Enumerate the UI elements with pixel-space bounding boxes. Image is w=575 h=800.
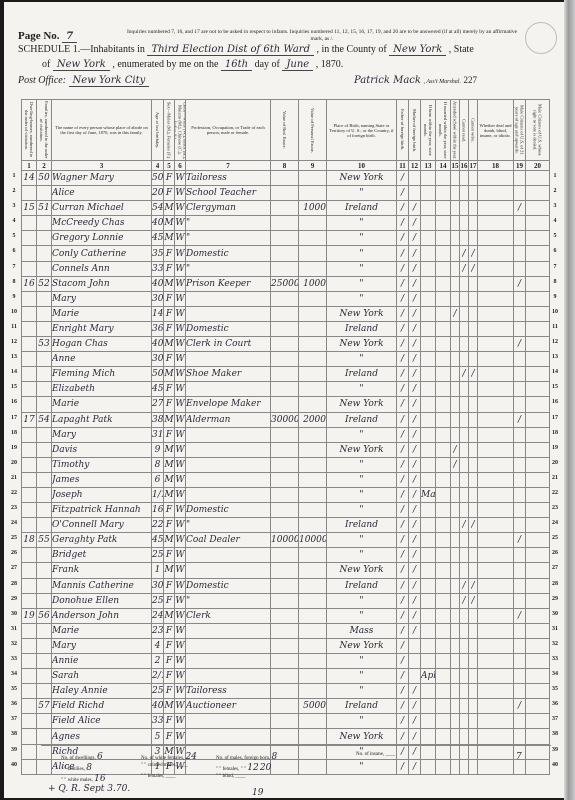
cell-personal [299, 261, 327, 276]
cell-family: 51 [37, 201, 52, 216]
line-number: 15 [549, 380, 561, 395]
cell-c20 [526, 201, 550, 216]
cell-c18 [478, 412, 514, 427]
cell-c20 [526, 654, 550, 669]
cell-c19 [514, 382, 526, 397]
cell-dwelling [22, 397, 37, 412]
cell-c16: / [460, 246, 469, 261]
table-row: Connels Ann33FW""//// [22, 261, 550, 276]
cell-f: / [397, 548, 409, 563]
cell-c19 [514, 487, 526, 502]
cell-occupation [186, 472, 271, 487]
cell-c14 [436, 654, 451, 669]
cell-c14 [436, 518, 451, 533]
cell-c17 [469, 291, 478, 306]
cell-color: W [175, 548, 186, 563]
cell-c20 [526, 487, 550, 502]
line-number: 16 [8, 395, 20, 410]
cell-family: 54 [37, 412, 52, 427]
cell-c19 [514, 216, 526, 231]
cell-family [37, 216, 52, 231]
table-row: Donohue Ellen25FW""//// [22, 593, 550, 608]
cell-m: / [409, 291, 421, 306]
cell-occupation: Envelope Maker [186, 397, 271, 412]
cell-c15 [451, 337, 460, 352]
cell-occupation: Tailoress [186, 171, 271, 186]
cell-c13 [421, 548, 436, 563]
cell-c15 [451, 291, 460, 306]
cell-c14 [436, 638, 451, 653]
cell-c19 [514, 472, 526, 487]
cell-c17 [469, 563, 478, 578]
cell-c15 [451, 216, 460, 231]
cell-age: 25 [152, 684, 164, 699]
cell-real [271, 699, 299, 714]
cell-c17 [469, 306, 478, 321]
cell-c15 [451, 623, 460, 638]
cell-name: Marie [52, 397, 152, 412]
cell-c20 [526, 593, 550, 608]
line-number: 12 [8, 335, 20, 350]
line-number: 35 [8, 682, 20, 697]
cell-c13 [421, 231, 436, 246]
cell-birthplace: New York [327, 729, 397, 744]
cell-c20 [526, 503, 550, 518]
cell-color: W [175, 487, 186, 502]
cell-c20 [526, 246, 550, 261]
cell-c17 [469, 216, 478, 231]
cell-c15 [451, 382, 460, 397]
cell-age: 30 [152, 352, 164, 367]
cell-sex: F [164, 654, 175, 669]
cell-c16: / [460, 578, 469, 593]
cell-c13 [421, 623, 436, 638]
col-header-14: If married within the year, state month. [436, 100, 451, 161]
cell-c17 [469, 201, 478, 216]
cell-c18 [478, 472, 514, 487]
line-number: 28 [549, 577, 561, 592]
line-number: 8 [8, 275, 20, 290]
cell-c18 [478, 216, 514, 231]
cell-c19 [514, 457, 526, 472]
cell-m: / [409, 578, 421, 593]
cell-c15 [451, 171, 460, 186]
cell-age: 50 [152, 171, 164, 186]
cell-personal [299, 669, 327, 684]
cell-birthplace: New York [327, 563, 397, 578]
cell-name: Curran Michael [52, 201, 152, 216]
cell-c14 [436, 623, 451, 638]
cell-f: / [397, 231, 409, 246]
cell-name: Geraghty Patk [52, 533, 152, 548]
line-number: 31 [8, 622, 20, 637]
line-number: 4 [8, 214, 20, 229]
cell-f: / [397, 382, 409, 397]
table-row: Alice20FWSchool Teacher"/ [22, 186, 550, 201]
cell-c17 [469, 548, 478, 563]
cell-c16: / [460, 518, 469, 533]
table-row: Davis9MWNew York/// [22, 442, 550, 457]
col-header-3: The name of every person whose place of … [52, 100, 152, 161]
cell-real [271, 427, 299, 442]
cell-birthplace: " [327, 276, 397, 291]
cell-name: O'Connell Mary [52, 518, 152, 533]
cell-name: Mary [52, 291, 152, 306]
cell-c17: / [469, 246, 478, 261]
cell-f: / [397, 321, 409, 336]
cell-c14 [436, 321, 451, 336]
cell-f: / [397, 533, 409, 548]
cell-c19 [514, 548, 526, 563]
cell-personal [299, 382, 327, 397]
cell-name: Connels Ann [52, 261, 152, 276]
cell-f: / [397, 699, 409, 714]
cell-c20 [526, 623, 550, 638]
stamp-mark [525, 22, 557, 54]
cell-dwelling [22, 442, 37, 457]
cell-birthplace: " [327, 427, 397, 442]
table-row: 1450Wagner Mary50FWTailoressNew York/ [22, 171, 550, 186]
cell-m: / [409, 412, 421, 427]
col-header-17: Cannot write. [469, 100, 478, 161]
cell-c20 [526, 669, 550, 684]
cell-c18 [478, 593, 514, 608]
line-number: 21 [8, 471, 20, 486]
cell-occupation: Alderman [186, 412, 271, 427]
cell-family [37, 367, 52, 382]
table-row: Elizabeth45FW"// [22, 382, 550, 397]
cell-personal [299, 306, 327, 321]
cell-real [271, 352, 299, 367]
col-header-13: If born within the year, state month. [421, 100, 436, 161]
cell-name: Anne [52, 352, 152, 367]
cell-color: W [175, 321, 186, 336]
cell-sex: F [164, 382, 175, 397]
county-field: New York [389, 44, 446, 56]
cell-c19 [514, 654, 526, 669]
cell-c14 [436, 412, 451, 427]
cell-f: / [397, 412, 409, 427]
cell-color: W [175, 608, 186, 623]
cell-name: Marie [52, 306, 152, 321]
cell-c14 [436, 291, 451, 306]
cell-birthplace: New York [327, 337, 397, 352]
cell-dwelling: 18 [22, 533, 37, 548]
col-header-8: Value of Real Estate. [271, 100, 299, 161]
cell-c16 [460, 608, 469, 623]
cell-c15 [451, 714, 460, 729]
cell-personal [299, 593, 327, 608]
cell-personal [299, 231, 327, 246]
cell-occupation [186, 291, 271, 306]
table-row: Sarah2/12FW"/Apl [22, 669, 550, 684]
cell-family [37, 684, 52, 699]
cell-c20 [526, 231, 550, 246]
table-row: Fleming Mich50MWShoe MakerIreland//// [22, 367, 550, 382]
cell-c15: / [451, 457, 460, 472]
cell-family [37, 563, 52, 578]
cell-birthplace: New York [327, 397, 397, 412]
cell-real [271, 457, 299, 472]
cell-c20 [526, 563, 550, 578]
cell-occupation [186, 352, 271, 367]
cell-c20 [526, 337, 550, 352]
cell-personal [299, 367, 327, 382]
cell-c18 [478, 563, 514, 578]
cell-dwelling [22, 503, 37, 518]
cell-c13 [421, 321, 436, 336]
cell-name: Haley Annie [52, 684, 152, 699]
cell-c19: / [514, 699, 526, 714]
cell-real [271, 487, 299, 502]
line-number: 27 [549, 561, 561, 576]
cell-m: / [409, 518, 421, 533]
cell-sex: M [164, 201, 175, 216]
table-row: McCreedy Chas40MW""// [22, 216, 550, 231]
table-row: Mary4FWNew York/ [22, 638, 550, 653]
cell-real [271, 397, 299, 412]
cell-sex: M [164, 457, 175, 472]
cell-m: / [409, 306, 421, 321]
cell-c19 [514, 638, 526, 653]
cell-f: / [397, 427, 409, 442]
cell-c18 [478, 608, 514, 623]
cell-c16: / [460, 367, 469, 382]
table-row: Field Alice33FW"// [22, 714, 550, 729]
cell-f: / [397, 216, 409, 231]
post-office-field: New York City [69, 75, 150, 87]
cell-family [37, 472, 52, 487]
cell-c16 [460, 291, 469, 306]
cell-dwelling [22, 593, 37, 608]
cell-m [409, 638, 421, 653]
cell-name: Frank [52, 563, 152, 578]
cell-c19: / [514, 201, 526, 216]
table-row: Anne30FW"// [22, 352, 550, 367]
cell-family [37, 714, 52, 729]
cell-c14 [436, 427, 451, 442]
cell-c19 [514, 518, 526, 533]
cell-c13 [421, 533, 436, 548]
cell-c18 [478, 231, 514, 246]
cell-age: 50 [152, 367, 164, 382]
cell-c16 [460, 321, 469, 336]
cell-family [37, 518, 52, 533]
cell-c16 [460, 638, 469, 653]
cell-c15 [451, 397, 460, 412]
line-number: 29 [549, 592, 561, 607]
line-number: 33 [549, 652, 561, 667]
cell-c19 [514, 593, 526, 608]
cell-f: / [397, 442, 409, 457]
cell-name: Marie [52, 623, 152, 638]
cell-color: W [175, 533, 186, 548]
cell-m: / [409, 427, 421, 442]
cell-c19 [514, 729, 526, 744]
cell-c18 [478, 382, 514, 397]
cell-c20 [526, 291, 550, 306]
cell-sex: F [164, 638, 175, 653]
cell-c19 [514, 367, 526, 382]
cell-sex: F [164, 548, 175, 563]
line-number: 22 [549, 486, 561, 501]
cell-dwelling [22, 472, 37, 487]
cell-c19 [514, 352, 526, 367]
cell-real [271, 578, 299, 593]
cell-c18 [478, 246, 514, 261]
cell-personal: 2000 [299, 412, 327, 427]
cell-age: 9 [152, 442, 164, 457]
cell-birthplace: Mass [327, 623, 397, 638]
line-number: 24 [8, 516, 20, 531]
cell-birthplace: " [327, 261, 397, 276]
line-number: 13 [8, 350, 20, 365]
cell-c13 [421, 699, 436, 714]
cell-sex: F [164, 714, 175, 729]
cell-c20 [526, 321, 550, 336]
cell-color: W [175, 171, 186, 186]
cell-c14 [436, 276, 451, 291]
line-number: 19 [549, 441, 561, 456]
cell-c17 [469, 729, 478, 744]
cell-c18 [478, 186, 514, 201]
cell-f: / [397, 397, 409, 412]
cell-age: 2/12 [152, 669, 164, 684]
line-number: 12 [549, 335, 561, 350]
line-number: 27 [8, 561, 20, 576]
table-row: 1754Lapaght Patk38MWAlderman300002000Ire… [22, 412, 550, 427]
cell-real [271, 382, 299, 397]
cell-personal [299, 472, 327, 487]
cell-c13 [421, 186, 436, 201]
cell-c19 [514, 684, 526, 699]
col-header-19: Male Citizens of U.S. of 21 years of age… [514, 100, 526, 161]
cell-c15 [451, 533, 460, 548]
cell-c13 [421, 714, 436, 729]
cell-c14 [436, 216, 451, 231]
cell-personal: 1000 [299, 276, 327, 291]
cell-f: / [397, 669, 409, 684]
cell-c15 [451, 593, 460, 608]
cell-c13 [421, 518, 436, 533]
cell-color: W [175, 231, 186, 246]
cell-sex: M [164, 533, 175, 548]
cell-name: Annie [52, 654, 152, 669]
cell-f: / [397, 487, 409, 502]
table-row: Gregory Lonnie45MW""// [22, 231, 550, 246]
cell-c18 [478, 201, 514, 216]
cell-age: 40 [152, 216, 164, 231]
cell-c14 [436, 397, 451, 412]
cell-c13 [421, 201, 436, 216]
cell-personal: 10000 [299, 533, 327, 548]
cell-c18 [478, 729, 514, 744]
cell-c13 [421, 729, 436, 744]
cell-personal [299, 578, 327, 593]
cell-dwelling: 17 [22, 412, 37, 427]
cell-c17 [469, 654, 478, 669]
cell-family [37, 382, 52, 397]
cell-occupation: Domestic [186, 503, 271, 518]
cell-sex: F [164, 261, 175, 276]
cell-occupation: Shoe Maker [186, 367, 271, 382]
cell-c16 [460, 472, 469, 487]
cell-f: / [397, 608, 409, 623]
cell-c16 [460, 231, 469, 246]
cell-c19 [514, 246, 526, 261]
cell-real [271, 623, 299, 638]
cell-c15 [451, 638, 460, 653]
cell-c16 [460, 306, 469, 321]
col-header-5: Sex—Males (M.), Females (F.) [164, 100, 175, 161]
cell-dwelling [22, 684, 37, 699]
cell-c14 [436, 382, 451, 397]
cell-color: W [175, 306, 186, 321]
col-header-7: Profession, Occupation, or Trade of each… [186, 100, 271, 161]
cell-family [37, 593, 52, 608]
cell-birthplace: " [327, 352, 397, 367]
cell-c16 [460, 714, 469, 729]
line-number: 30 [549, 607, 561, 622]
cell-m: / [409, 397, 421, 412]
cell-occupation: School Teacher [186, 186, 271, 201]
cell-c13 [421, 654, 436, 669]
cell-birthplace: " [327, 654, 397, 669]
cell-c16 [460, 427, 469, 442]
cell-c14 [436, 563, 451, 578]
cell-sex: F [164, 623, 175, 638]
cell-occupation: Domestic [186, 246, 271, 261]
cell-c20 [526, 186, 550, 201]
cell-c13: May [421, 487, 436, 502]
line-number: 26 [8, 546, 20, 561]
cell-dwelling [22, 231, 37, 246]
cell-c16 [460, 397, 469, 412]
cell-color: W [175, 261, 186, 276]
cell-c19 [514, 291, 526, 306]
cell-name: Donohue Ellen [52, 593, 152, 608]
cell-c18 [478, 457, 514, 472]
cell-c16 [460, 699, 469, 714]
cell-f: / [397, 593, 409, 608]
cell-age: 30 [152, 578, 164, 593]
page-edge [564, 0, 575, 800]
marshal-line: Patrick Mack , Ass't Marshal. 227 [354, 75, 477, 86]
cell-c13 [421, 593, 436, 608]
cell-m: / [409, 352, 421, 367]
cell-f: / [397, 246, 409, 261]
cell-family: 57 [37, 699, 52, 714]
cell-birthplace: " [327, 457, 397, 472]
col-header-1: Dwelling-houses, numbered in the order o… [22, 100, 37, 161]
cell-c19 [514, 171, 526, 186]
cell-personal [299, 714, 327, 729]
cell-c18 [478, 669, 514, 684]
cell-c16 [460, 352, 469, 367]
cell-age: 31 [152, 427, 164, 442]
cell-birthplace: New York [327, 171, 397, 186]
line-number: 39 [8, 743, 20, 758]
cell-c13 [421, 291, 436, 306]
cell-c14 [436, 578, 451, 593]
cell-f: / [397, 186, 409, 201]
line-number: 5 [549, 229, 561, 244]
cell-c18 [478, 352, 514, 367]
cell-c18 [478, 306, 514, 321]
cell-age: 45 [152, 231, 164, 246]
cell-c15 [451, 472, 460, 487]
cell-real [271, 171, 299, 186]
